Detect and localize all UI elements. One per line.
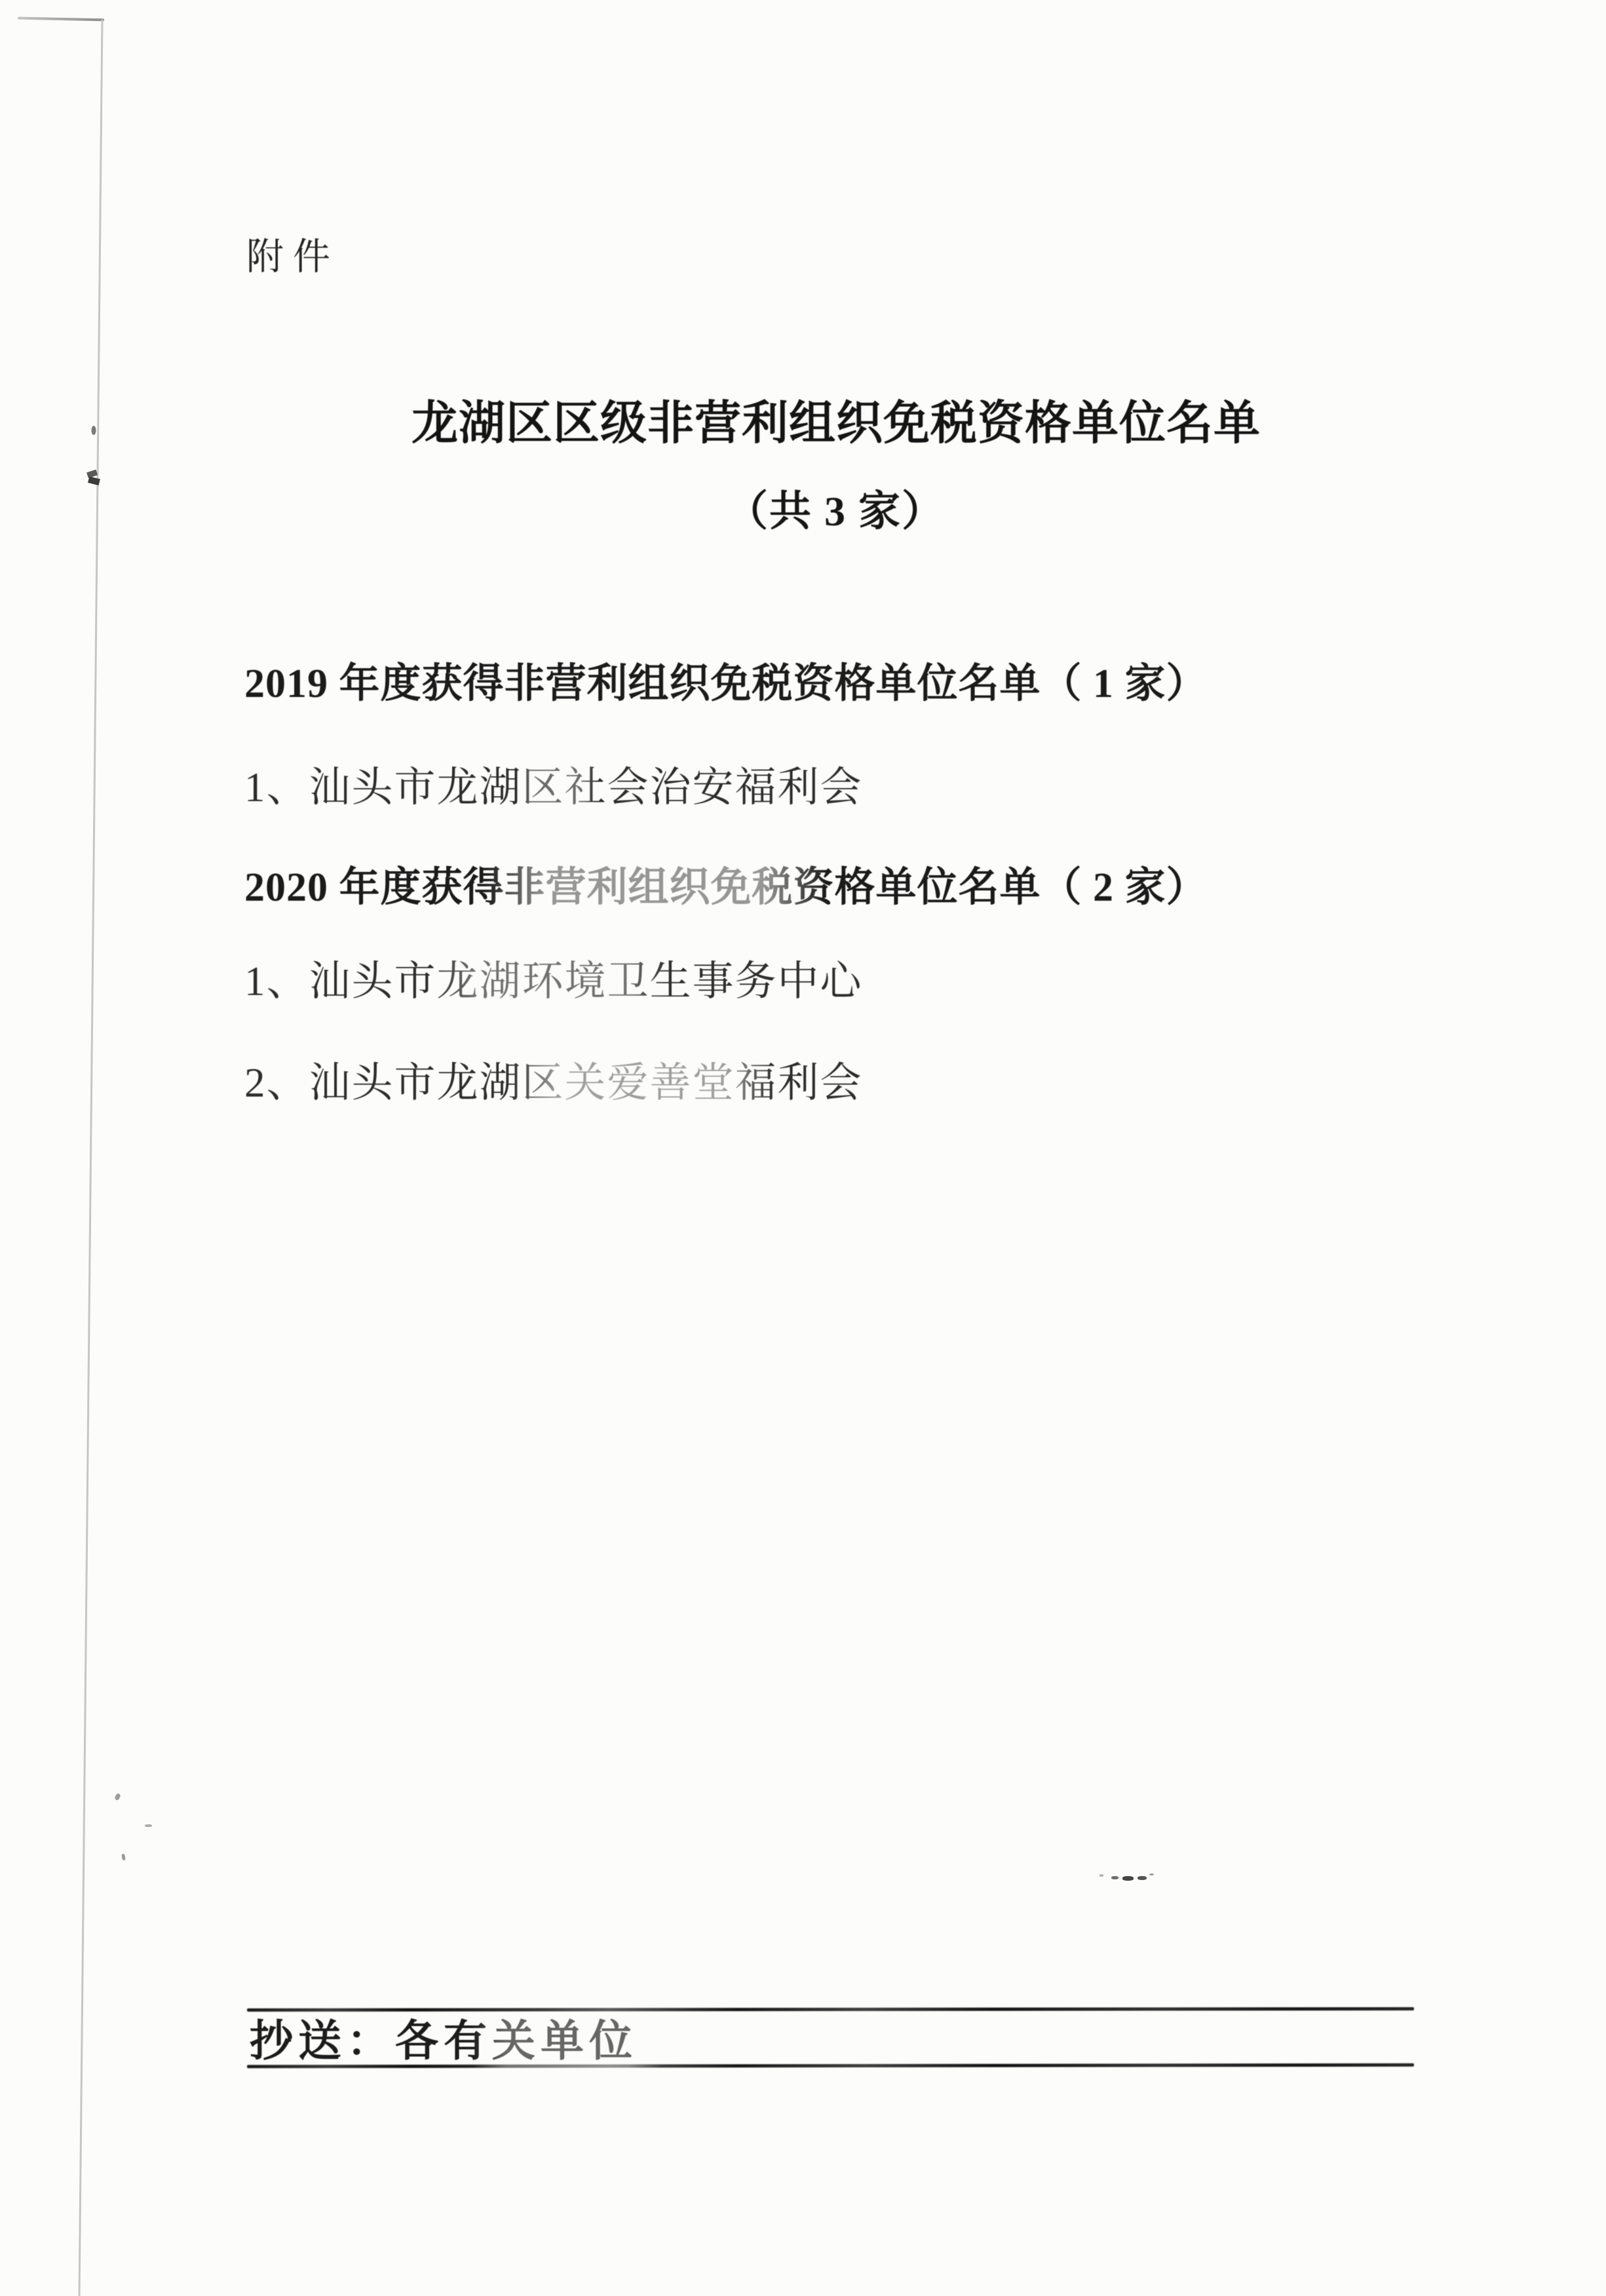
section-heading-2020: 2020 年度获得非营利组织免税资格单位名单（ 2 家） xyxy=(244,867,1208,908)
list-item: 1、汕头市龙湖区社会治安福利会 xyxy=(244,767,863,808)
cc-line: 抄送：各有关单位 xyxy=(250,2020,638,2063)
ink-speck xyxy=(1149,1873,1154,1875)
ink-speck xyxy=(1099,1874,1103,1877)
ink-speck xyxy=(1138,1876,1147,1880)
list-item: 2、汕头市龙湖区关爱善堂福利会 xyxy=(244,1063,863,1104)
ink-speck xyxy=(145,1824,152,1827)
attachment-label: 附件 xyxy=(246,238,339,276)
list-item: 1、汕头市龙湖环境卫生事务中心 xyxy=(244,961,863,1002)
scan-crease-line xyxy=(0,0,1606,2296)
section-heading-2019: 2019 年度获得非营利组织免税资格单位名单（ 1 家） xyxy=(244,664,1208,704)
cc-label: 抄送： xyxy=(250,2018,395,2065)
cc-recipients: 各有关单位 xyxy=(395,2018,638,2065)
ink-speck xyxy=(1111,1876,1118,1879)
document-subtitle: （共 3 家） xyxy=(726,491,945,533)
document-title: 龙湖区区级非营利组织免税资格单位名单 xyxy=(411,401,1261,447)
ink-speck xyxy=(1122,1876,1134,1881)
scanned-document-page: 附件 龙湖区区级非营利组织免税资格单位名单 （共 3 家） 2019 年度获得非… xyxy=(0,0,1606,2296)
